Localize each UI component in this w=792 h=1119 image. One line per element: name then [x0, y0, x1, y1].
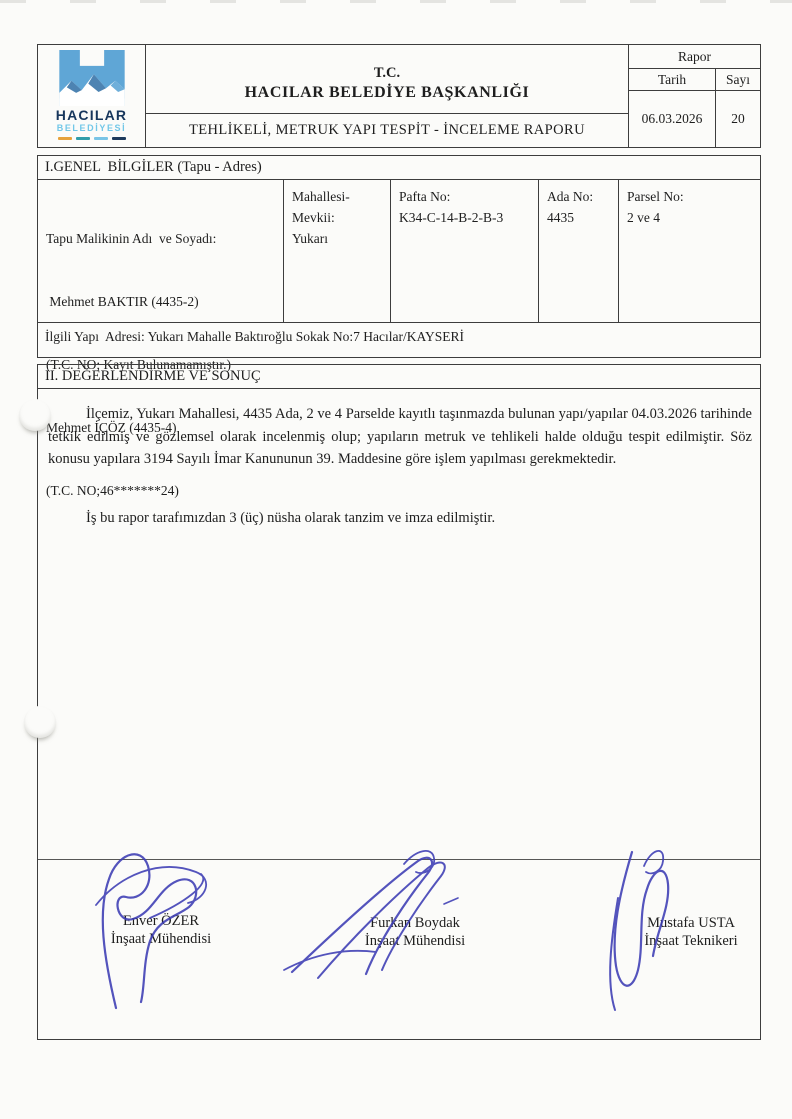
- section2-heading: II. DEĞERLENDİRME VE SONUÇ: [38, 365, 760, 389]
- logo-dash-lightblue: [94, 137, 108, 140]
- report-date-label: Tarih: [629, 69, 716, 90]
- report-subtitle: TEHLİKELİ, METRUK YAPI TESPİT - İNCELEME…: [146, 114, 628, 147]
- parcel-no-cell: Parsel No: 2 ve 4: [619, 180, 760, 322]
- building-address: İlgili Yapı Adresi: Yukarı Mahalle Baktı…: [38, 323, 760, 357]
- report-meta-values: 06.03.2026 20: [629, 91, 760, 147]
- report-meta-title: Rapor: [629, 45, 760, 69]
- sheet-no-cell: Pafta No: K34-C-14-B-2-B-3: [391, 180, 539, 322]
- signature-area-divider: [38, 859, 760, 860]
- logo-name-text: HACILAR: [56, 108, 127, 122]
- neighborhood-value: Yukarı: [292, 228, 382, 249]
- signer1-name: Enver ÖZER: [66, 912, 256, 930]
- owner-line-1: Mehmet BAKTIR (4435-2): [46, 291, 275, 312]
- report-meta-labels: Tarih Sayı: [629, 69, 760, 91]
- signature-block-1: Enver ÖZER İnşaat Mühendisi: [66, 912, 256, 948]
- section-general-info: I.GENEL BİLGİLER (Tapu - Adres) Tapu Mal…: [37, 155, 761, 358]
- section2-body: İlçemiz, Yukarı Mahallesi, 4435 Ada, 2 v…: [38, 389, 760, 1039]
- parcel-info-table: Tapu Malikinin Adı ve Soyadı: Mehmet BAK…: [38, 180, 760, 323]
- section1-heading: I.GENEL BİLGİLER (Tapu - Adres): [38, 156, 760, 180]
- signature-block-3: Mustafa USTA İnşaat Teknikeri: [596, 914, 786, 950]
- municipality-title: HACILAR BELEDİYE BAŞKANLIĞI: [245, 82, 530, 104]
- neighborhood-cell: Mahallesi-Mevkii: Yukarı: [284, 180, 391, 322]
- report-date-value: 06.03.2026: [629, 91, 716, 147]
- document-header: HACILAR BELEDİYESİ T.C. HACILAR BELEDİYE…: [37, 44, 761, 148]
- block-no-label: Ada No:: [547, 186, 610, 207]
- hole-punch-bottom: [24, 706, 56, 738]
- parcel-no-label: Parsel No:: [627, 186, 752, 207]
- logo-subname-text: BELEDİYESİ: [57, 124, 127, 133]
- owner-label: Tapu Malikinin Adı ve Soyadı:: [46, 228, 275, 249]
- logo-dash-navy: [112, 137, 126, 140]
- report-meta-table: Rapor Tarih Sayı 06.03.2026 20: [629, 45, 760, 147]
- signer3-name: Mustafa USTA: [596, 914, 786, 932]
- parcel-no-value: 2 ve 4: [627, 207, 752, 228]
- republic-abbrev: T.C.: [374, 64, 400, 82]
- sheet-no-label: Pafta No:: [399, 186, 530, 207]
- owner-cell: Tapu Malikinin Adı ve Soyadı: Mehmet BAK…: [38, 180, 284, 322]
- report-number-value: 20: [716, 91, 760, 147]
- evaluation-paragraph: İlçemiz, Yukarı Mahallesi, 4435 Ada, 2 v…: [48, 403, 752, 471]
- municipality-logo: HACILAR BELEDİYESİ: [38, 45, 146, 147]
- sheet-no-value: K34-C-14-B-2-B-3: [399, 207, 530, 228]
- header-title-cell: T.C. HACILAR BELEDİYE BAŞKANLIĞI TEHLİKE…: [146, 45, 629, 147]
- signer2-title: İnşaat Mühendisi: [320, 932, 510, 950]
- neighborhood-label: Mahallesi-Mevkii:: [292, 186, 382, 228]
- hacilar-logo-icon: [59, 50, 125, 106]
- hole-punch-top: [19, 399, 51, 431]
- signature-block-2: Furkan Boydak İnşaat Mühendisi: [320, 914, 510, 950]
- header-title-block: T.C. HACILAR BELEDİYE BAŞKANLIĞI: [146, 45, 628, 114]
- logo-color-dashes: [58, 137, 126, 140]
- report-number-label: Sayı: [716, 69, 760, 90]
- block-no-cell: Ada No: 4435: [539, 180, 619, 322]
- logo-dash-amber: [58, 137, 72, 140]
- signer2-name: Furkan Boydak: [320, 914, 510, 932]
- signer1-title: İnşaat Mühendisi: [66, 930, 256, 948]
- copies-paragraph: İş bu rapor tarafımızdan 3 (üç) nüsha ol…: [48, 507, 752, 530]
- section-evaluation: II. DEĞERLENDİRME VE SONUÇ İlçemiz, Yuka…: [37, 364, 761, 1040]
- scan-artifact-top: [0, 0, 792, 3]
- signer3-title: İnşaat Teknikeri: [596, 932, 786, 950]
- block-no-value: 4435: [547, 207, 610, 228]
- logo-dash-teal: [76, 137, 90, 140]
